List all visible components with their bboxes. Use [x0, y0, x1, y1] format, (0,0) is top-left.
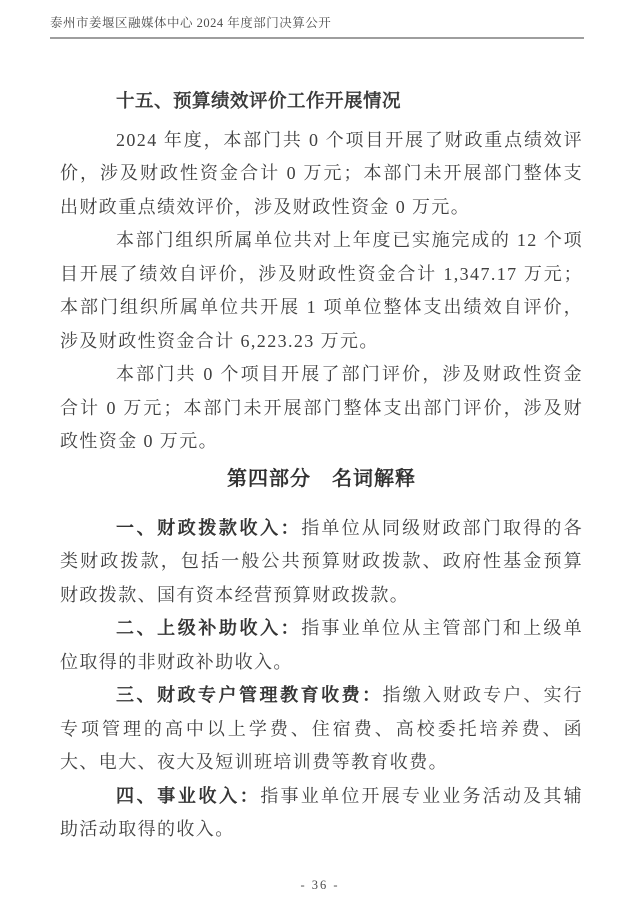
document-header: 泰州市姜堰区融媒体中心 2024 年度部门决算公开	[50, 13, 584, 39]
part-4-title: 第四部分 名词解释	[60, 459, 583, 496]
section-15-paragraph-3: 本部门共 0 个项目开展了部门评价，涉及财政性资金合计 0 万元；本部门未开展部…	[60, 358, 583, 459]
section-15-paragraph-2: 本部门组织所属单位共对上年度已实施完成的 12 个项目开展了绩效自评价，涉及财政…	[60, 224, 583, 358]
document-body: 十五、预算绩效评价工作开展情况 2024 年度，本部门共 0 个项目开展了财政重…	[0, 86, 640, 847]
term-item-3: 三、财政专户管理教育收费：指缴入财政专户、实行专项管理的高中以上学费、住宿费、高…	[60, 679, 583, 780]
section-15-heading: 十五、预算绩效评价工作开展情况	[60, 86, 583, 120]
term-4-label: 四、事业收入：	[116, 786, 260, 806]
document-page: 泰州市姜堰区融媒体中心 2024 年度部门决算公开 十五、预算绩效评价工作开展情…	[0, 0, 640, 905]
page-number: - 36 -	[0, 878, 640, 893]
header-title-text: 泰州市姜堰区融媒体中心 2024 年度部门决算公开	[50, 16, 331, 30]
term-item-1: 一、财政拨款收入：指单位从同级财政部门取得的各类财政拨款，包括一般公共预算财政拨…	[60, 512, 583, 613]
term-3-label: 三、财政专户管理教育收费：	[116, 685, 383, 705]
term-1-label: 一、财政拨款收入：	[116, 518, 301, 538]
term-item-2: 二、上级补助收入：指事业单位从主管部门和上级单位取得的非财政补助收入。	[60, 612, 583, 679]
glossary-terms: 一、财政拨款收入：指单位从同级财政部门取得的各类财政拨款，包括一般公共预算财政拨…	[60, 512, 583, 847]
term-item-4: 四、事业收入：指事业单位开展专业业务活动及其辅助活动取得的收入。	[60, 780, 583, 847]
section-15-paragraph-1: 2024 年度，本部门共 0 个项目开展了财政重点绩效评价，涉及财政性资金合计 …	[60, 124, 583, 225]
term-2-label: 二、上级补助收入：	[116, 618, 301, 638]
